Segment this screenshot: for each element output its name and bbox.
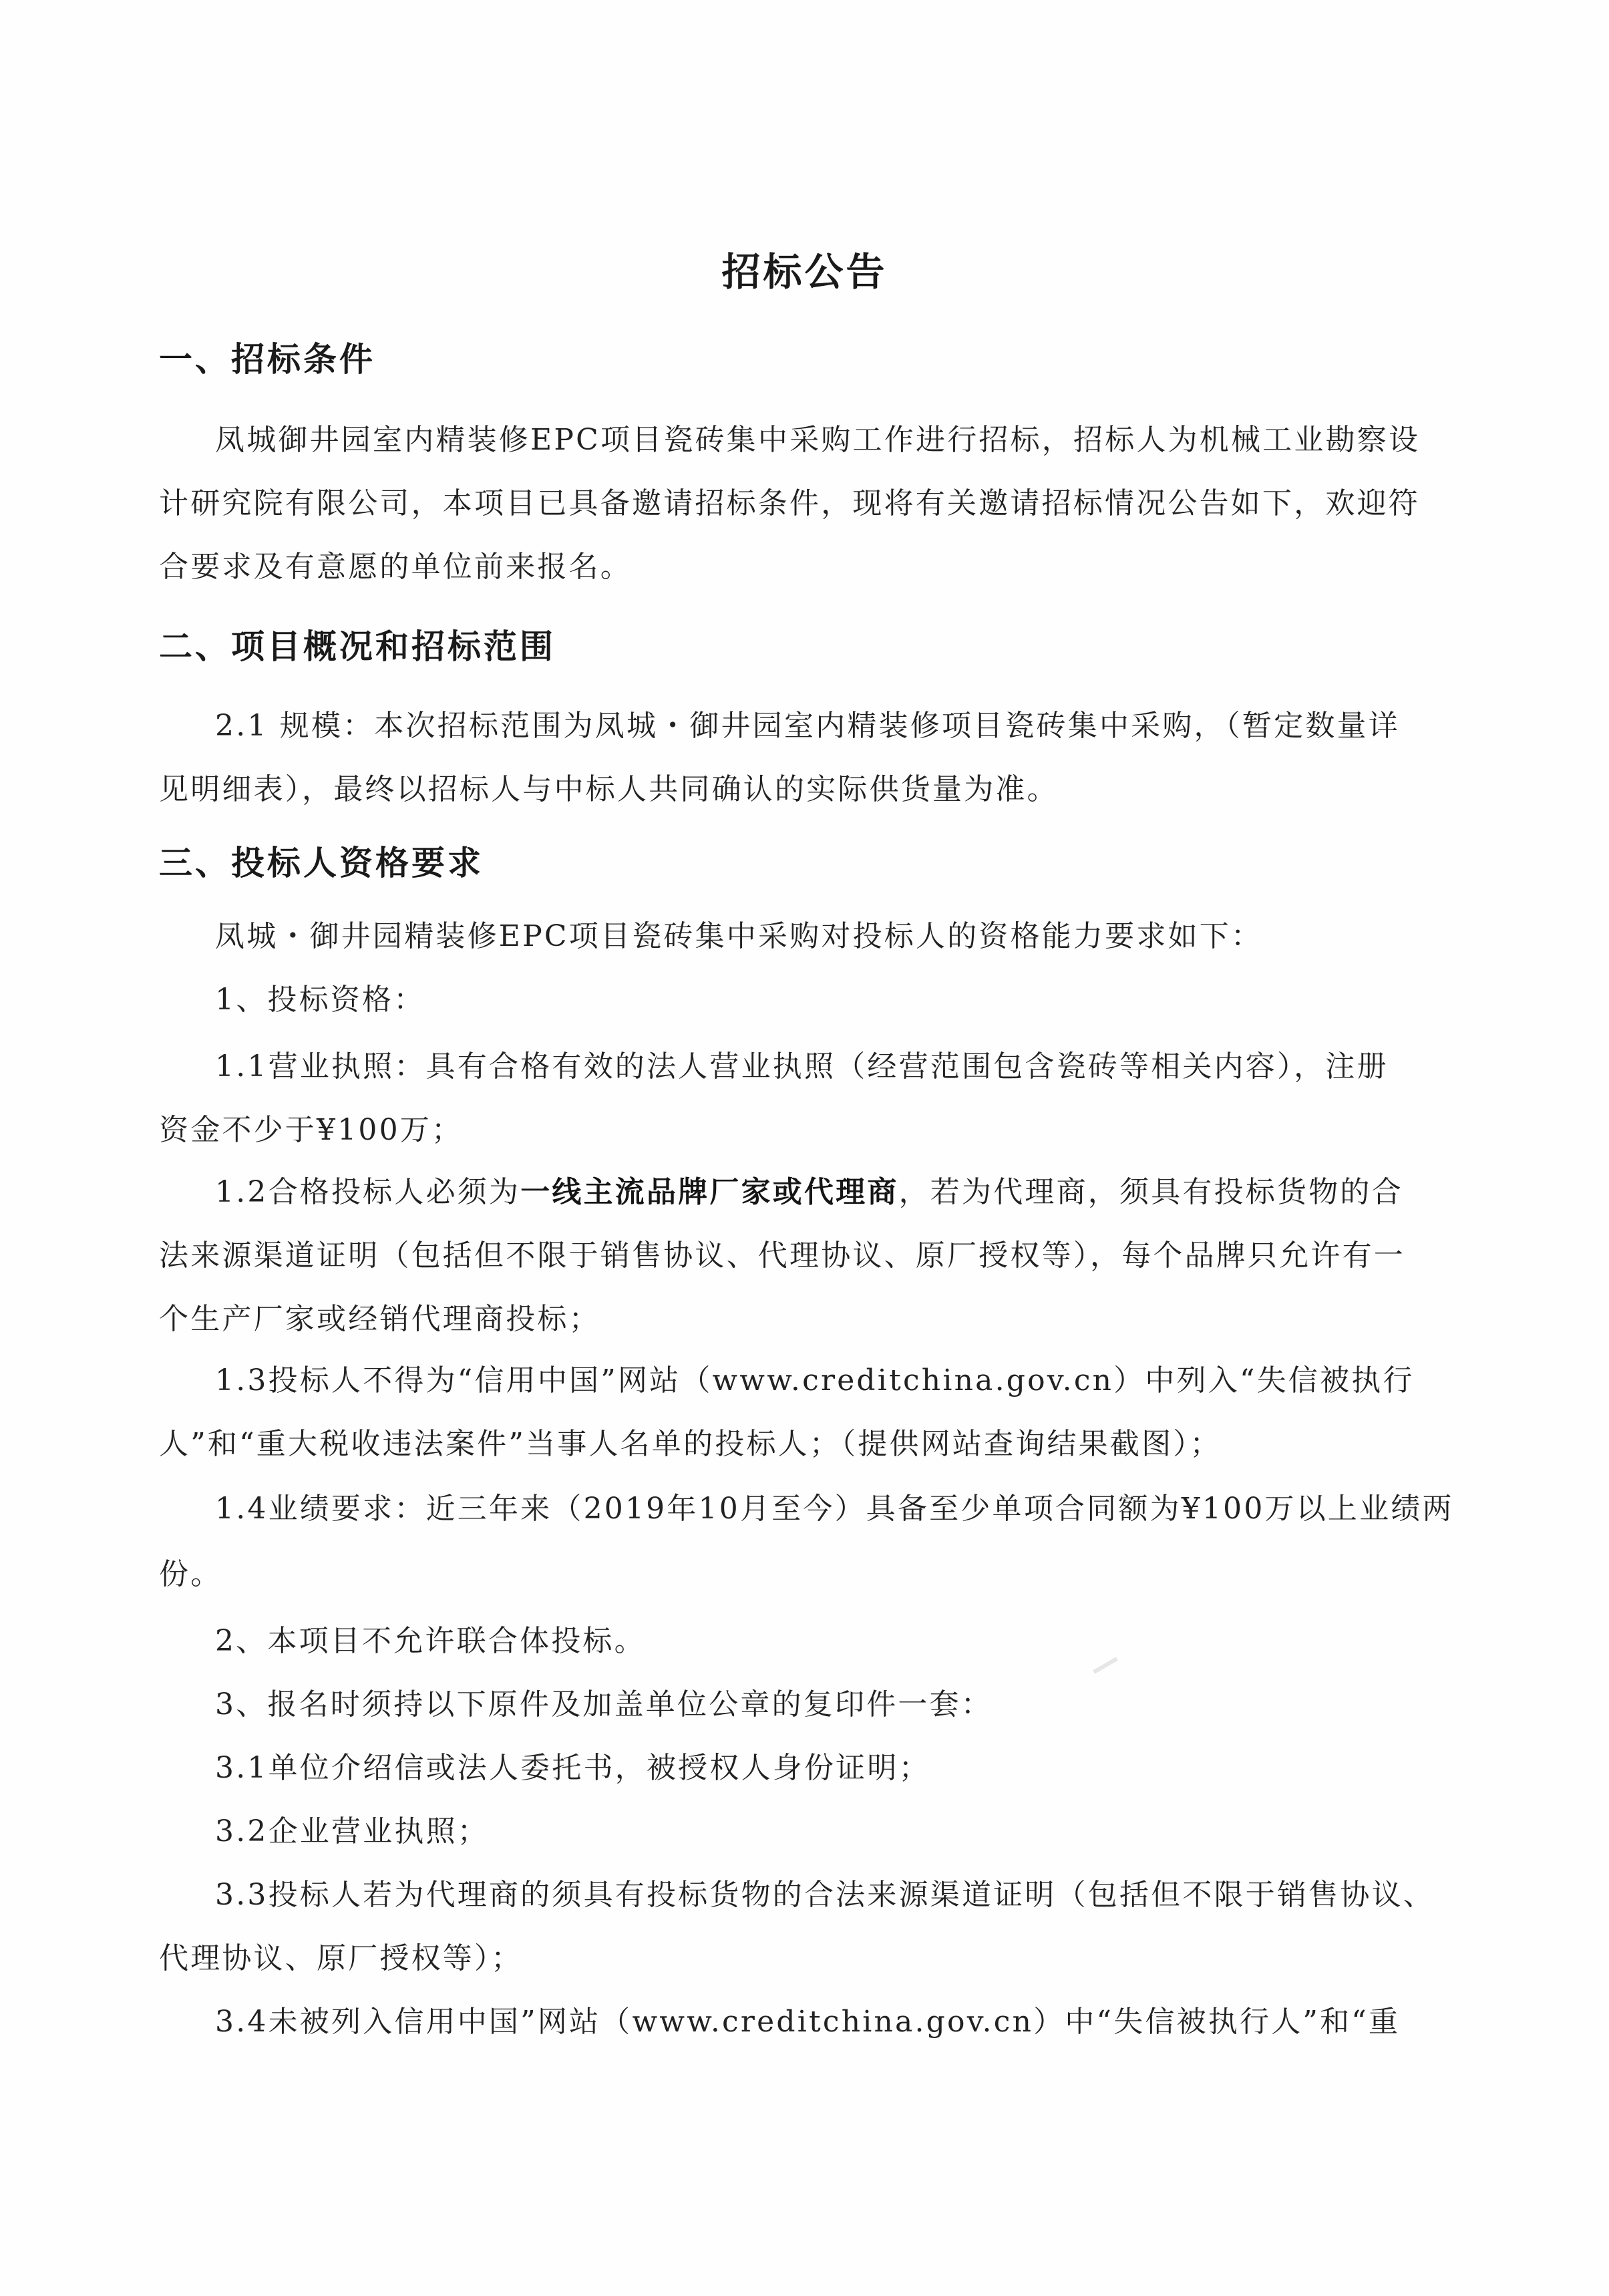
item-1-2-prefix: 1.2合格投标人必须为	[215, 1175, 520, 1209]
item-3-3-line: 3.3投标人若为代理商的须具有投标货物的合法来源渠道证明（包括但不限于销售协议、	[215, 1870, 1435, 1913]
item-1-2-suffix: ，若为代理商，须具有投标货物的合	[899, 1175, 1403, 1209]
item-1-2-bold-emphasis: 一线主流品牌厂家或代理商	[520, 1175, 898, 1209]
scan-artifact	[1085, 431, 1087, 450]
document-page: 招标公告 一、招标条件 凤城御井园室内精装修EPC项目瓷砖集中采购工作进行招标，…	[0, 0, 1609, 2296]
item-1-1-line: 1.1营业执照：具有合格有效的法人营业执照（经营范围包含瓷砖等相关内容），注册	[215, 1042, 1389, 1085]
item-1-3-line: 1.3投标人不得为“信用中国”网站（www.creditchina.gov.cn…	[215, 1356, 1415, 1399]
item-1-2-line: 1.2合格投标人必须为一线主流品牌厂家或代理商，若为代理商，须具有投标货物的合	[215, 1168, 1403, 1210]
item-1-3-line: 人”和“重大税收违法案件”当事人名单的投标人；（提供网站查询结果截图）；	[159, 1420, 1222, 1462]
item-1-title: 1、投标资格：	[215, 975, 425, 1018]
document-title: 招标公告	[0, 240, 1609, 297]
item-3-line: 3、报名时须持以下原件及加盖单位公章的复印件一套：	[215, 1680, 993, 1723]
item-3-4-line: 3.4未被列入信用中国”网站（www.creditchina.gov.cn）中“…	[215, 1997, 1400, 2040]
item-3-1-line: 3.1单位介绍信或法人委托书，被授权人身份证明；	[215, 1744, 930, 1786]
intro-line: 凤城・御井园精装修EPC项目瓷砖集中采购对投标人的资格能力要求如下：	[215, 912, 1262, 955]
item-3-2-line: 3.2企业营业执照；	[215, 1807, 489, 1850]
paragraph-line: 合要求及有意愿的单位前来报名。	[159, 542, 632, 585]
item-2-line: 2、本项目不允许联合体投标。	[215, 1617, 646, 1659]
paragraph-line: 见明细表），最终以招标人与中标人共同确认的实际供货量为准。	[159, 765, 1059, 808]
paragraph-line: 2.1 规模：本次招标范围为凤城・御井园室内精装修项目瓷砖集中采购，（暂定数量详	[215, 701, 1400, 744]
section-heading-bidder-qualifications: 三、投标人资格要求	[159, 836, 484, 884]
item-1-4-line: 份。	[159, 1550, 222, 1593]
section-heading-project-overview: 二、项目概况和招标范围	[159, 620, 556, 668]
paragraph-line: 凤城御井园室内精装修EPC项目瓷砖集中采购工作进行招标，招标人为机械工业勘察设	[215, 416, 1420, 458]
section-heading-bidding-conditions: 一、招标条件	[159, 333, 375, 381]
item-1-2-line: 法来源渠道证明（包括但不限于销售协议、代理协议、原厂授权等），每个品牌只允许有一	[159, 1231, 1405, 1274]
item-1-2-line: 个生产厂家或经销代理商投标；	[159, 1295, 600, 1337]
scan-artifact	[1093, 1657, 1118, 1673]
item-3-3-line: 代理协议、原厂授权等）；	[159, 1934, 522, 1977]
item-1-1-line: 资金不少于¥100万；	[159, 1106, 463, 1148]
paragraph-line: 计研究院有限公司，本项目已具备邀请招标条件，现将有关邀请招标情况公告如下，欢迎符	[159, 479, 1420, 522]
item-1-4-line: 1.4业绩要求：近三年来（2019年10月至今）具备至少单项合同额为¥100万以…	[215, 1484, 1454, 1527]
